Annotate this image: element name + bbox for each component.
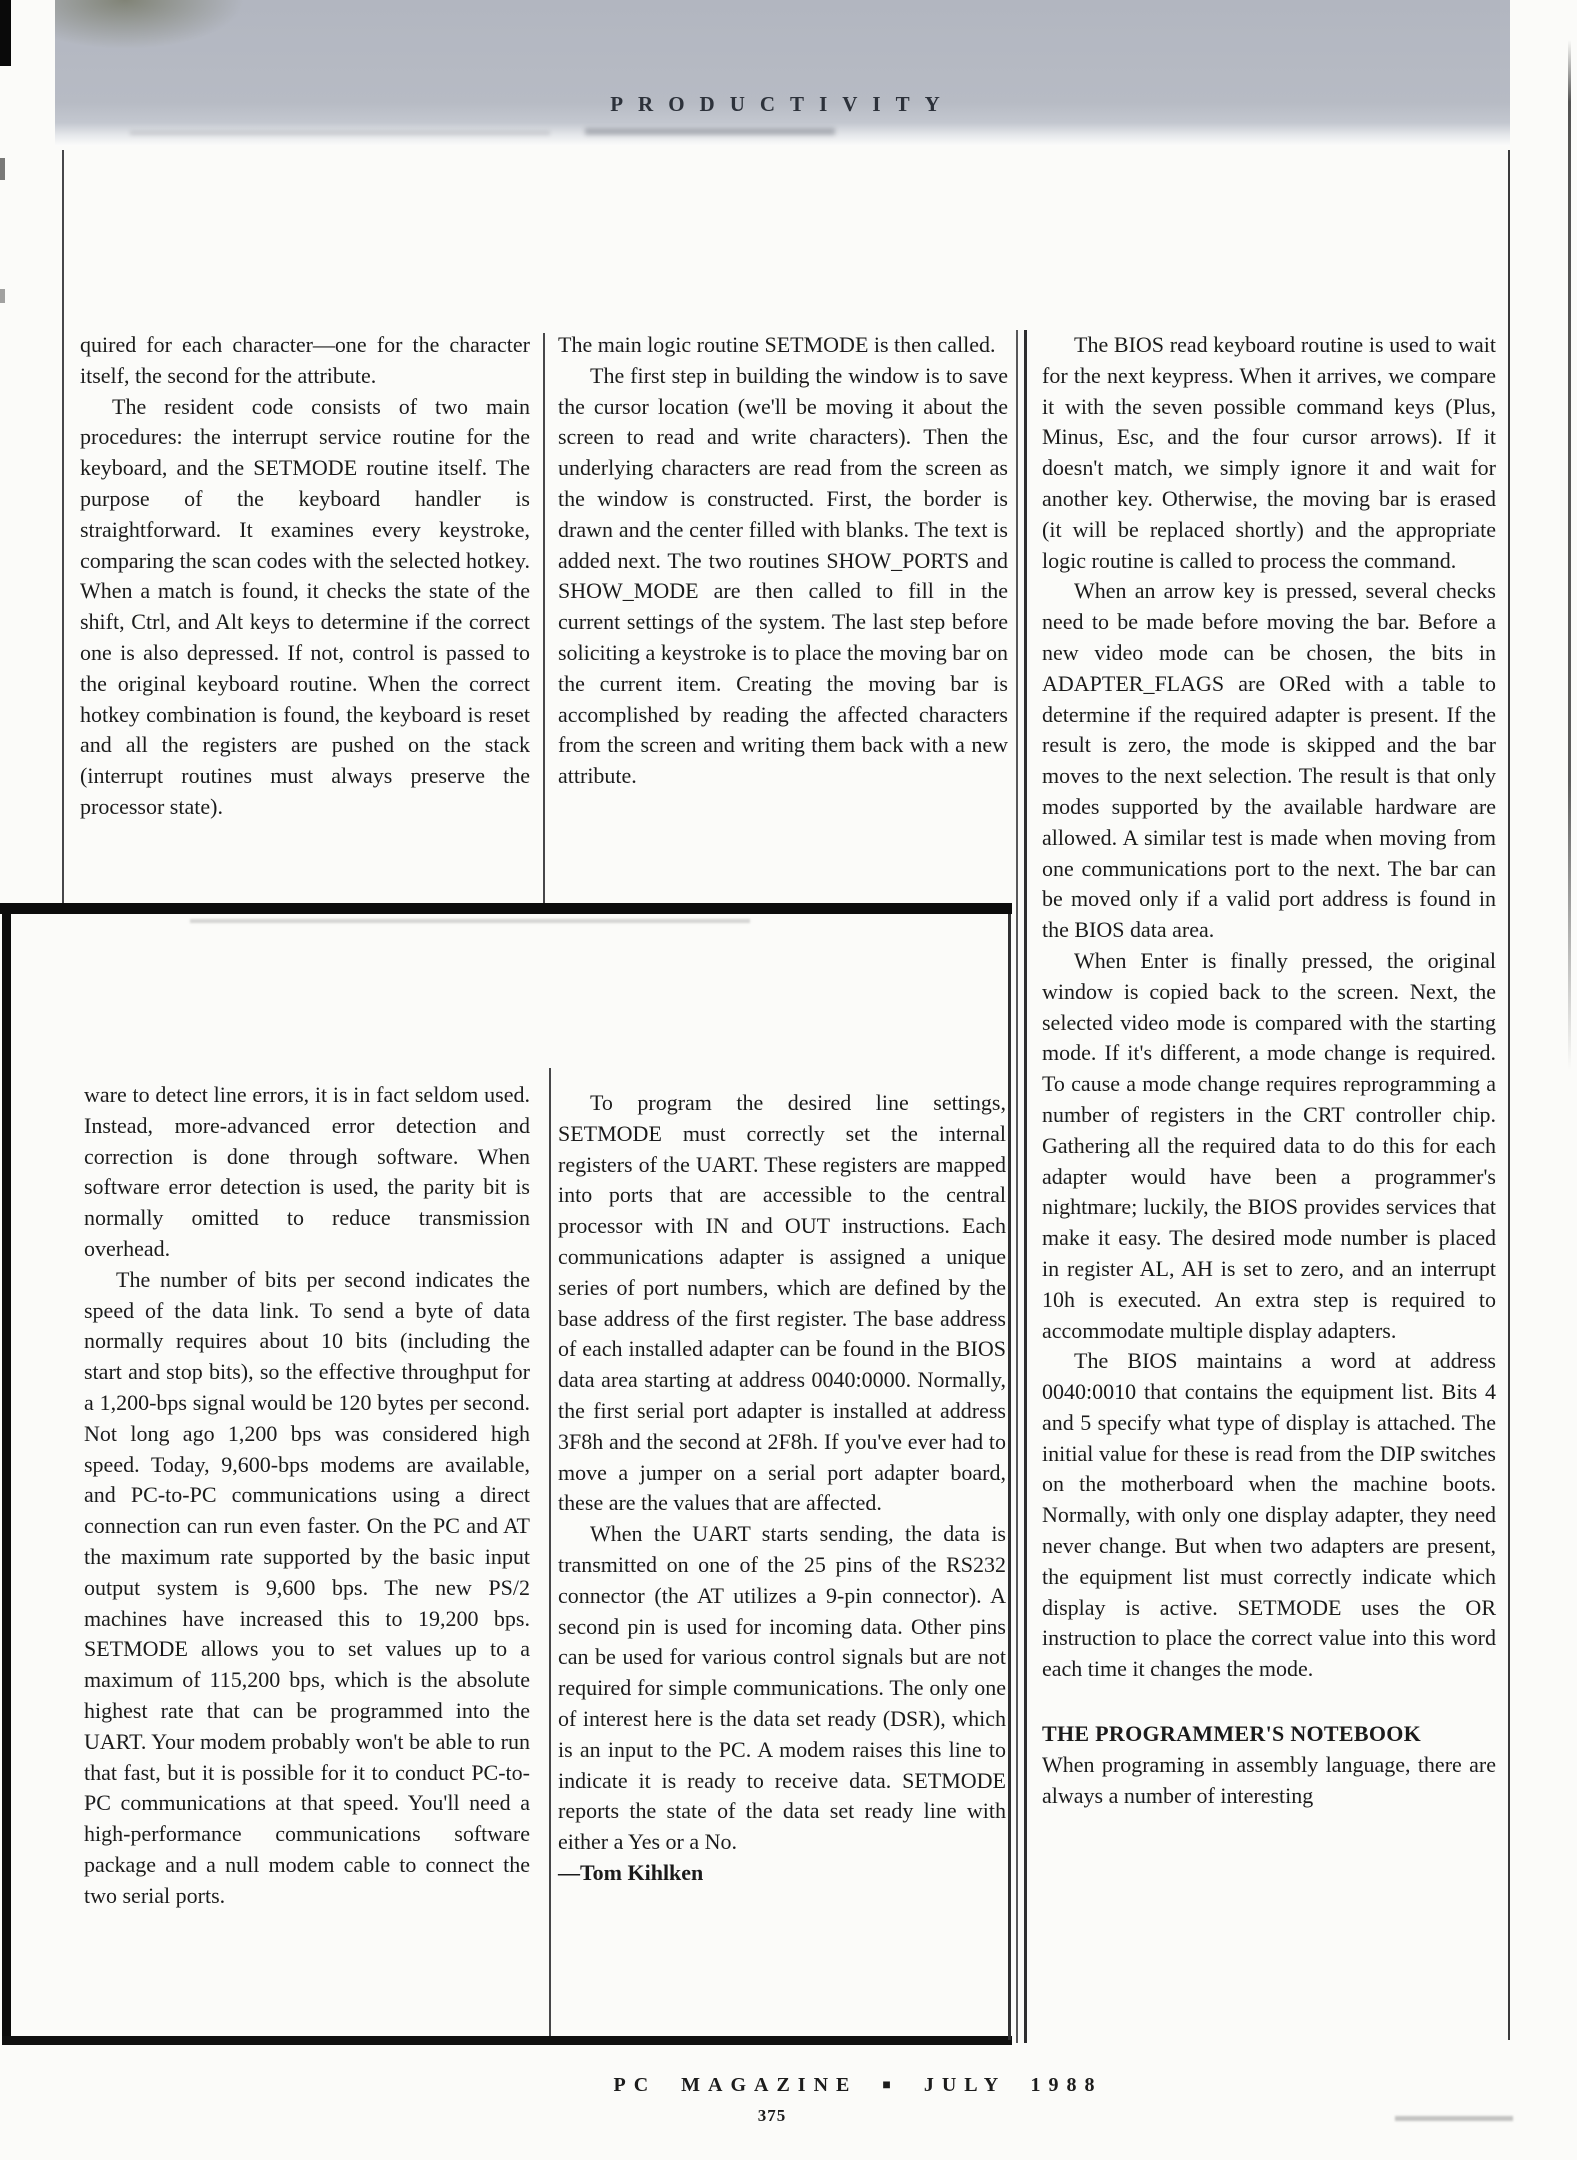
paragraph: When the UART starts sending, the data i… — [558, 1519, 1006, 1858]
box-border-left — [2, 903, 11, 2045]
page-number: 375 — [272, 2106, 1272, 2126]
paragraph: The number of bits per second indicates … — [84, 1265, 530, 1912]
scan-edge-artifact — [1568, 40, 1571, 1070]
paragraph: When Enter is finally pressed, the origi… — [1042, 946, 1496, 1346]
section-title: PRODUCTIVITY — [55, 92, 1510, 117]
page-footer: PC MAGAZINE ■ JULY 1988 — [358, 2074, 1358, 2097]
scan-smudge — [585, 128, 835, 135]
magazine-name: PC MAGAZINE — [613, 2074, 857, 2096]
column-2-top-text: The main logic routine SETMODE is then c… — [558, 330, 1008, 792]
paragraph: The resident code consists of two main p… — [80, 392, 530, 823]
square-bullet-icon: ■ — [882, 2078, 898, 2093]
scan-smudge — [130, 131, 550, 135]
left-column-rule — [62, 150, 64, 903]
box-border-right — [1008, 914, 1011, 2040]
scan-edge-artifact — [0, 289, 5, 303]
paragraph: The main logic routine SETMODE is then c… — [558, 330, 1008, 361]
paragraph: quired for each character—one for the ch… — [80, 330, 530, 392]
double-rule-inner — [1024, 330, 1027, 2043]
paragraph: The BIOS read keyboard routine is used t… — [1042, 330, 1496, 576]
paragraph: To program the desired line settings, SE… — [558, 1088, 1006, 1519]
double-rule-outer — [1016, 330, 1018, 2043]
column-1-bottom-text: ware to detect line errors, it is in fac… — [84, 1080, 530, 1912]
scan-smudge — [190, 919, 750, 923]
paragraph: When an arrow key is pressed, several ch… — [1042, 576, 1496, 946]
paragraph: When programing in assembly language, th… — [1042, 1750, 1496, 1812]
paragraph: The BIOS maintains a word at address 004… — [1042, 1346, 1496, 1685]
column-2-bottom-text: To program the desired line settings, SE… — [558, 1088, 1006, 1889]
section-banner: PRODUCTIVITY — [55, 0, 1510, 146]
box-border-bottom — [2, 2036, 1012, 2045]
column-1-top-text: quired for each character—one for the ch… — [80, 330, 530, 823]
right-page-rule — [1508, 150, 1510, 2040]
scan-edge-artifact — [0, 158, 5, 180]
section-heading: THE PROGRAMMER'S NOTEBOOK — [1042, 1719, 1496, 1750]
column-3-text: The BIOS read keyboard routine is used t… — [1042, 330, 1496, 1811]
scan-edge-artifact — [0, 0, 11, 66]
column-divider-rule — [549, 1068, 551, 2036]
paragraph: The first step in building the window is… — [558, 361, 1008, 792]
paragraph: ware to detect line errors, it is in fac… — [84, 1080, 530, 1265]
byline: —Tom Kihlken — [558, 1858, 1006, 1889]
column-divider-rule — [543, 333, 545, 903]
scan-smudge — [1395, 2116, 1513, 2121]
box-border-top — [0, 903, 1012, 914]
issue-date: JULY 1988 — [924, 2074, 1103, 2096]
